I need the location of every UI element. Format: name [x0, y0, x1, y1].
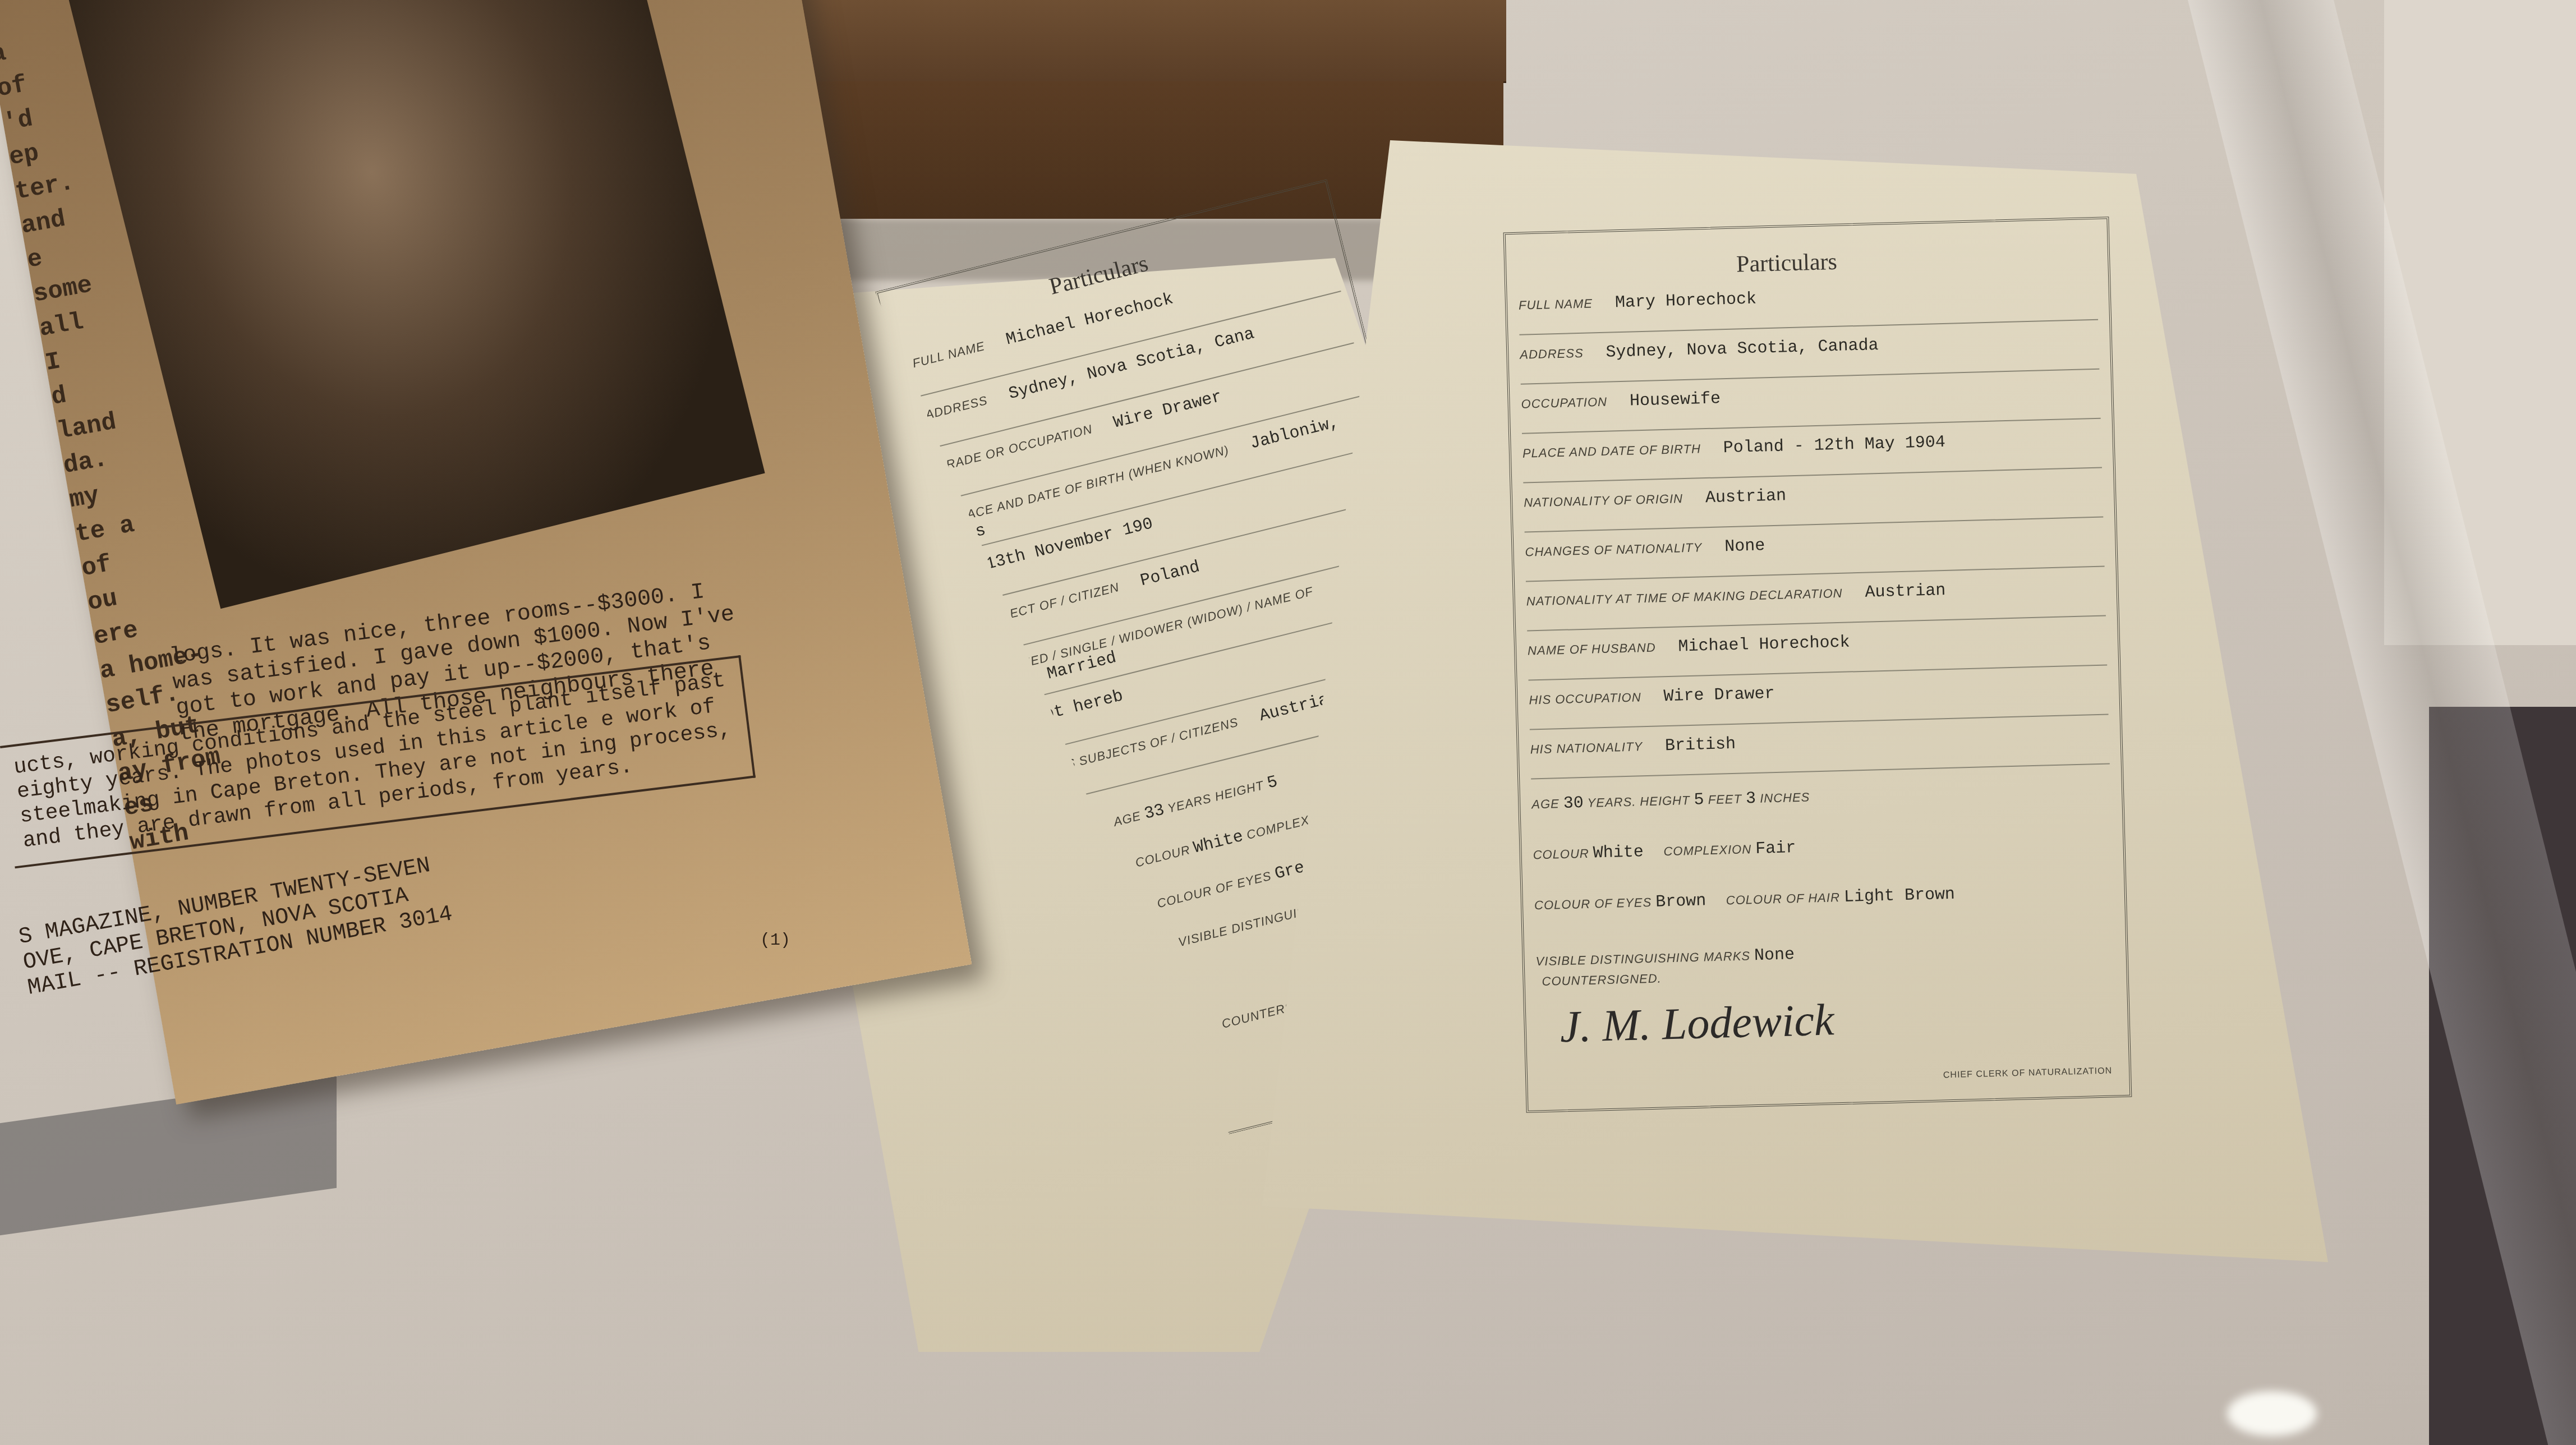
- age-row: Age 30 Years. Height 5 Feet 3 Inches: [1531, 788, 1810, 814]
- field-label: His Occupation: [1529, 690, 1641, 707]
- eyes-row: Colour of Eyes Grey: [1155, 855, 1317, 913]
- certificate-mary-frame: Particulars Full NameMary HorechockAddre…: [1503, 217, 2132, 1113]
- field-value: Austrian: [1705, 486, 1787, 508]
- countersigned-label: Countersigned.: [1542, 971, 1662, 989]
- field-value: Wire Drawer: [1663, 684, 1775, 706]
- field-label: Full Name: [911, 339, 986, 370]
- field-value: Michael Horechock: [1678, 633, 1850, 656]
- colour-row: Colour White Complexion Fair: [1533, 839, 1796, 864]
- field-value: Housewife: [1630, 389, 1721, 411]
- portrait-photo: [65, 0, 765, 609]
- field-value: Austrian: [1865, 581, 1946, 602]
- light-reflection: [2227, 1391, 2317, 1436]
- particulars-heading: Particulars: [1736, 248, 1838, 278]
- field-label: Address: [1520, 346, 1584, 362]
- field-value: Mary Horechock: [1615, 290, 1757, 313]
- page-number: (1): [760, 931, 790, 950]
- signer-title: Chief Clerk of Naturalization: [1943, 1066, 2113, 1081]
- field-label: Name of Husband: [1528, 641, 1656, 658]
- field-value: British: [1665, 735, 1736, 756]
- field-label: Occupation: [1521, 395, 1607, 411]
- wooden-box-lid: [704, 0, 1506, 83]
- field-value: None: [1724, 536, 1765, 556]
- field-label: Full Name: [1519, 296, 1593, 312]
- marks-row: Visible Distinguishing Marks None: [1535, 945, 1795, 971]
- field-label: Changes of Nationality: [1525, 540, 1702, 559]
- eyes-hair-row: Colour of Eyes Brown Colour of Hair Ligh…: [1534, 885, 1956, 915]
- signature: J. M. Lodewick: [1560, 995, 1835, 1053]
- field-label: His Nationality: [1530, 739, 1643, 756]
- field-label: Nationality of Origin: [1524, 491, 1683, 509]
- particulars-heading: Particulars: [1047, 250, 1151, 301]
- acrylic-stand: [0, 1076, 337, 1235]
- field-value: Michael Horechock: [1004, 289, 1175, 349]
- field-label: Place and Date of Birth: [1522, 441, 1701, 460]
